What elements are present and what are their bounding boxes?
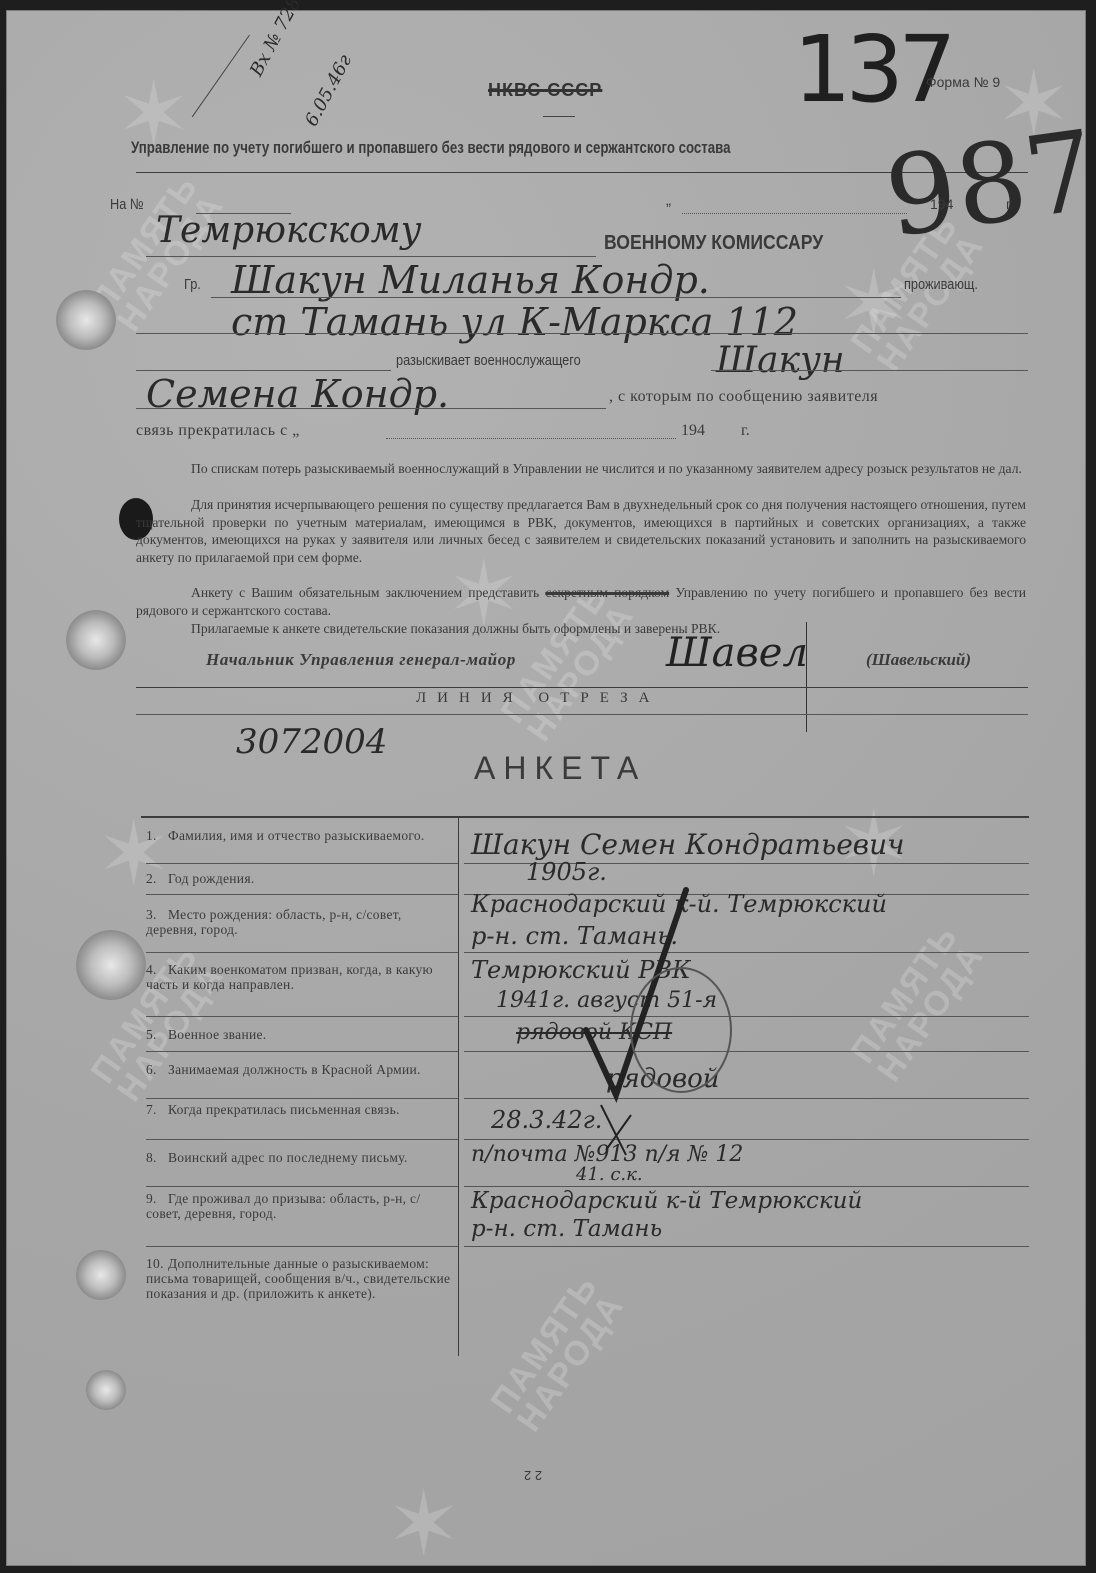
question-6: 6.Занимаемая должность в Красной Армии. [146,1062,451,1077]
paragraph-1: По спискам потерь разыскиваемый военносл… [136,460,1026,478]
address-line [136,333,1028,334]
handwritten-ref: Вх № 728 [246,0,305,80]
watermark-star-icon: ✶ [96,810,171,900]
lost-contact-g: г. [741,422,750,440]
row-rule [146,894,458,895]
citizen-prefix: Гр. [184,276,201,293]
punch-hole [56,290,116,350]
searcher-line [136,370,391,371]
org-name-struck: НКВС СССР [488,80,602,101]
watermark: ПАМЯТЬНАРОДА [846,920,990,1087]
question-1: 1.Фамилия, имя и отчество разыскиваемого… [146,828,451,843]
citizen-line [211,297,901,298]
pencil-stroke [192,35,250,117]
questionnaire-title: АНКЕТА [474,750,646,787]
punch-hole [76,930,146,1000]
date-g: г. [1006,196,1013,212]
address-handwritten: ст Тамань ул К-Маркса 112 [231,300,798,344]
paragraph-3: Анкету с Вашим обязательным заключением … [136,584,1026,619]
struck-text: секретным порядком [545,585,669,600]
watermark-star-icon: ✶ [386,1480,461,1570]
cut-line-label: ЛИНИЯ ОТРЕЗА [416,690,660,707]
answer-rule [464,1016,1029,1017]
question-7: 7.Когда прекратилась письменная связь. [146,1102,451,1117]
searching-label: разыскивает военнослужащего [396,352,581,369]
row-rule [146,952,458,953]
department-name: Управление по учету погибшего и пропавше… [131,138,731,158]
table-top-rule [141,816,1029,818]
answer-rule [464,1139,1029,1140]
table-column-divider [458,816,459,1356]
question-5: 5.Военное звание. [146,1027,451,1042]
question-3: 3.Место рождения: область, р-н, с/совет,… [146,907,451,937]
date-quote: „ [666,192,671,209]
cut-rule-lower [136,714,1028,715]
addressee-line [146,256,596,257]
date-year: 194 [930,196,953,212]
question-9: 9.Где проживал до призыва: область, р-н,… [146,1191,451,1221]
answer-9-line2: р-н. ст. Тамань [471,1216,662,1242]
row-rule [146,1051,458,1052]
watermark: ПАМЯТЬНАРОДА [486,1270,630,1437]
answer-8-line2: 41. с.к. [576,1164,643,1185]
citizen-name-handwritten: Шакун Миланья Кондр. [231,258,710,302]
row-rule [146,1098,458,1099]
answer-9-line1: Краснодарский к-й Темрюкский [471,1188,862,1214]
signature-stroke [806,622,807,732]
handwritten-ref-date: 6.05.46г [301,51,356,130]
question-4: 4.Каким военкоматом призван, когда, в ка… [146,962,451,992]
row-rule [146,863,458,864]
answer-7: 28.3.42г. [491,1106,602,1134]
addressee-handwritten: Темрюкскому [156,210,421,251]
answer-rule [464,1246,1029,1247]
question-8: 8.Воинский адрес по последнему письму. [146,1150,451,1165]
handwritten-mark: 987 [878,106,1096,262]
residing-label: проживающ. [904,276,978,293]
signature-title: Начальник Управления генерал-майор [206,650,516,670]
question-2: 2.Год рождения. [146,871,451,886]
handwritten-number: 137 [793,16,951,123]
lost-contact-date-field [386,438,676,439]
date-field [682,213,907,214]
soldier-surname-line [711,370,1028,371]
form-number: Форма № 9 [926,74,1000,90]
answer-rule [464,1051,1029,1052]
lost-contact-year: 194 [681,422,705,440]
signature-name: (Шавельский) [866,650,971,670]
divider [543,116,575,117]
document-page: ✶ ✶ ✶ ✶ ✶ ✶ ✶ ПАМЯТЬНАРОДА ПАМЯТЬНАРОДА … [6,10,1086,1566]
outgoing-label: На № [110,196,144,213]
row-rule [146,1186,458,1187]
soldier-name-handwritten: Семена Кондр. [146,372,449,416]
answer-rule [464,1098,1029,1099]
row-rule [146,1246,458,1247]
answer-1: Шакун Семен Кондратьевич [471,828,905,861]
paragraph-4: Прилагаемые к анкете свидетельские показ… [136,620,1026,638]
soldier-surname-handwritten: Шакун [716,340,845,381]
answer-rule [464,1186,1029,1187]
punch-hole [66,610,126,670]
pencil-checkmark-icon [566,880,746,1110]
signature-handwritten: Шавел [666,630,808,676]
lost-contact-label: связь прекратилась с „ [136,422,300,440]
addressee-printed: ВОЕННОМУ КОМИССАРУ [604,232,823,255]
soldier-name-line [136,408,606,409]
punch-hole [86,1370,126,1410]
paragraph-2: Для принятия исчерпывающего решения по с… [136,496,1026,566]
row-rule [146,1139,458,1140]
punch-hole [76,1250,126,1300]
row-rule [146,1016,458,1017]
question-10: 10.Дополнительные данные о разыскиваемом… [146,1256,451,1301]
page-mark: 2 2 [524,1468,542,1483]
contact-label: , с которым по сообщению заявителя [609,388,878,406]
cross-mark-icon [596,1100,636,1160]
questionnaire-handwritten-id: 3072004 [236,722,387,762]
answer-rule [464,952,1029,953]
cut-rule [136,687,1028,688]
